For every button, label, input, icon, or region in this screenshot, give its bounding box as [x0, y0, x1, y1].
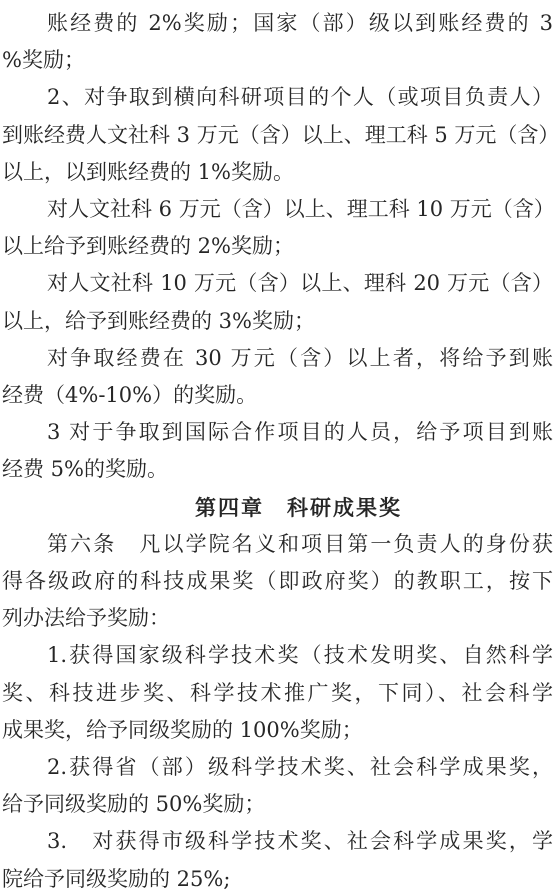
text-line: 给予同级奖励的 50%奖励；: [2, 786, 553, 823]
text-line: 2、对争取到横向科研项目的个人（或项目负责人）: [2, 79, 553, 116]
text-line: 1.获得国家级科学技术奖（技术发明奖、自然科学: [2, 637, 553, 674]
text-line: 经费（4%-10%）的奖励。: [2, 377, 553, 414]
text-line: 经费 5%的奖励。: [2, 451, 553, 488]
text-line: 对争取经费在 30 万元（含）以上者，将给予到账: [2, 340, 553, 377]
chapter-heading: 第四章 科研成果奖: [2, 489, 553, 526]
text-line: 以上，以到账经费的 1%奖励。: [2, 154, 553, 191]
text-line: 2.获得省（部）级科学技术奖、社会科学成果奖，: [2, 749, 553, 786]
text-line: 3 对于争取到国际合作项目的人员，给予项目到账: [2, 414, 553, 451]
text-line: 账经费的 2%奖励；国家（部）级以到账经费的 3: [2, 5, 553, 42]
text-line: 院给予同级奖励的 25%;: [2, 861, 553, 896]
text-line: 对人文社科 6 万元（含）以上、理工科 10 万元（含）: [2, 191, 553, 228]
text-line: 成果奖，给予同级奖励的 100%奖励；: [2, 712, 553, 749]
text-line: 到账经费人文社科 3 万元（含）以上、理工科 5 万元（含）: [2, 117, 553, 154]
text-line: %奖励；: [2, 42, 553, 79]
text-line: 3. 对获得市级科学技术奖、社会科学成果奖，学: [2, 823, 553, 860]
text-line: 对人文社科 10 万元（含）以上、理科 20 万元（含）: [2, 265, 553, 302]
text-line: 以上给予到账经费的 2%奖励；: [2, 228, 553, 265]
text-line: 列办法给予奖励：: [2, 600, 553, 637]
text-line: 得各级政府的科技成果奖（即政府奖）的教职工，按下: [2, 563, 553, 600]
document-page: 账经费的 2%奖励；国家（部）级以到账经费的 3 %奖励； 2、对争取到横向科研…: [0, 0, 554, 896]
text-line: 奖、科技进步奖、科学技术推广奖，下同）、社会科学: [2, 675, 553, 712]
document-body: 账经费的 2%奖励；国家（部）级以到账经费的 3 %奖励； 2、对争取到横向科研…: [0, 0, 554, 896]
text-line: 第六条 凡以学院名义和项目第一负责人的身份获: [2, 526, 553, 563]
text-line: 以上，给予到账经费的 3%奖励；: [2, 303, 553, 340]
